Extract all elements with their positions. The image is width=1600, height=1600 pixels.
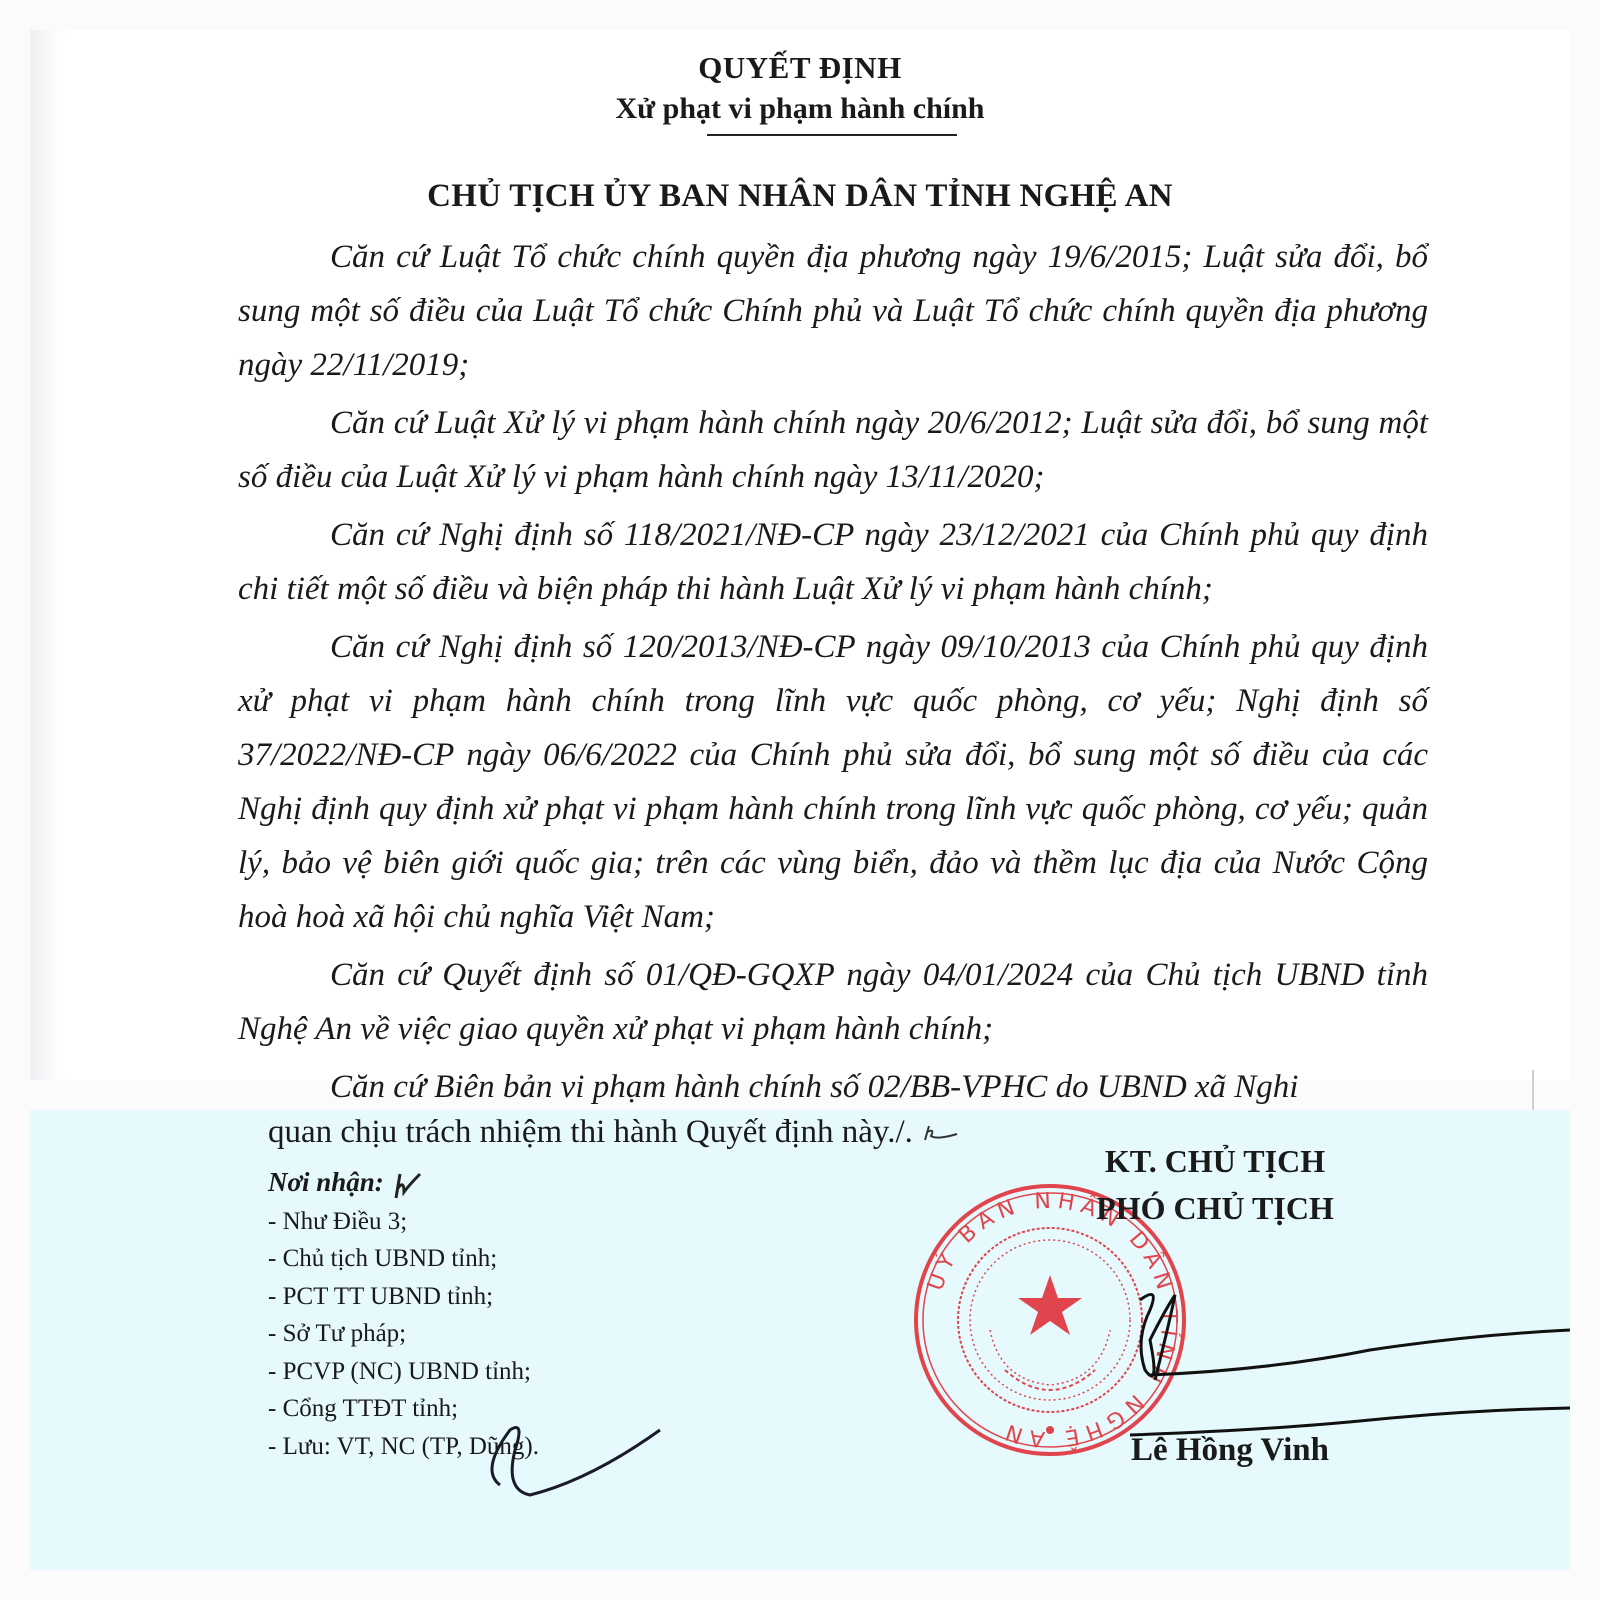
closing-text: quan chịu trách nhiệm thi hành Quyết địn…: [268, 1114, 913, 1150]
document-page-bottom: quan chịu trách nhiệm thi hành Quyết địn…: [30, 1110, 1570, 1570]
signature-block: KT. CHỦ TỊCH PHÓ CHỦ TỊCH: [1040, 1138, 1390, 1232]
initial-signature-icon: [470, 1390, 670, 1510]
legal-basis-1: Căn cứ Luật Tổ chức chính quyền địa phươ…: [238, 230, 1428, 396]
legal-basis-3: Căn cứ Nghị định số 118/2021/NĐ-CP ngày …: [238, 508, 1428, 620]
recipient-item: - PCT TT UBND tỉnh;: [268, 1278, 539, 1316]
document-subtitle: Xử phạt vi phạm hành chính: [30, 92, 1570, 126]
signature-line-1: KT. CHỦ TỊCH: [1040, 1138, 1390, 1185]
initial-mark-icon: [921, 1124, 961, 1144]
legal-bases: Căn cứ Luật Tổ chức chính quyền địa phươ…: [238, 230, 1428, 1118]
signer-name: Lê Hồng Vinh: [1090, 1432, 1370, 1469]
handwritten-signature-icon: [1120, 1280, 1570, 1440]
closing-line: quan chịu trách nhiệm thi hành Quyết địn…: [268, 1114, 961, 1151]
recipients-heading: Nơi nhận:: [268, 1164, 539, 1203]
legal-basis-2: Căn cứ Luật Xử lý vi phạm hành chính ngà…: [238, 396, 1428, 508]
title-underline: [707, 134, 957, 136]
legal-basis-5: Căn cứ Quyết định số 01/QĐ-GQXP ngày 04/…: [238, 948, 1428, 1060]
initial-scribble-icon: [390, 1170, 424, 1200]
document-title: QUYẾT ĐỊNH: [30, 50, 1570, 86]
page-edge-line: [1532, 1070, 1534, 1115]
recipient-item: - PCVP (NC) UBND tỉnh;: [268, 1353, 539, 1391]
signature-line-2: PHÓ CHỦ TỊCH: [1040, 1185, 1390, 1232]
document-page-top: QUYẾT ĐỊNH Xử phạt vi phạm hành chính CH…: [30, 30, 1570, 1080]
recipient-item: - Sở Tư pháp;: [268, 1315, 539, 1353]
legal-basis-4: Căn cứ Nghị định số 120/2013/NĐ-CP ngày …: [238, 620, 1428, 948]
issuing-authority: CHỦ TỊCH ỦY BAN NHÂN DÂN TỈNH NGHỆ AN: [30, 178, 1570, 215]
recipient-item: - Như Điều 3;: [268, 1203, 539, 1241]
recipient-item: - Chủ tịch UBND tỉnh;: [268, 1240, 539, 1278]
